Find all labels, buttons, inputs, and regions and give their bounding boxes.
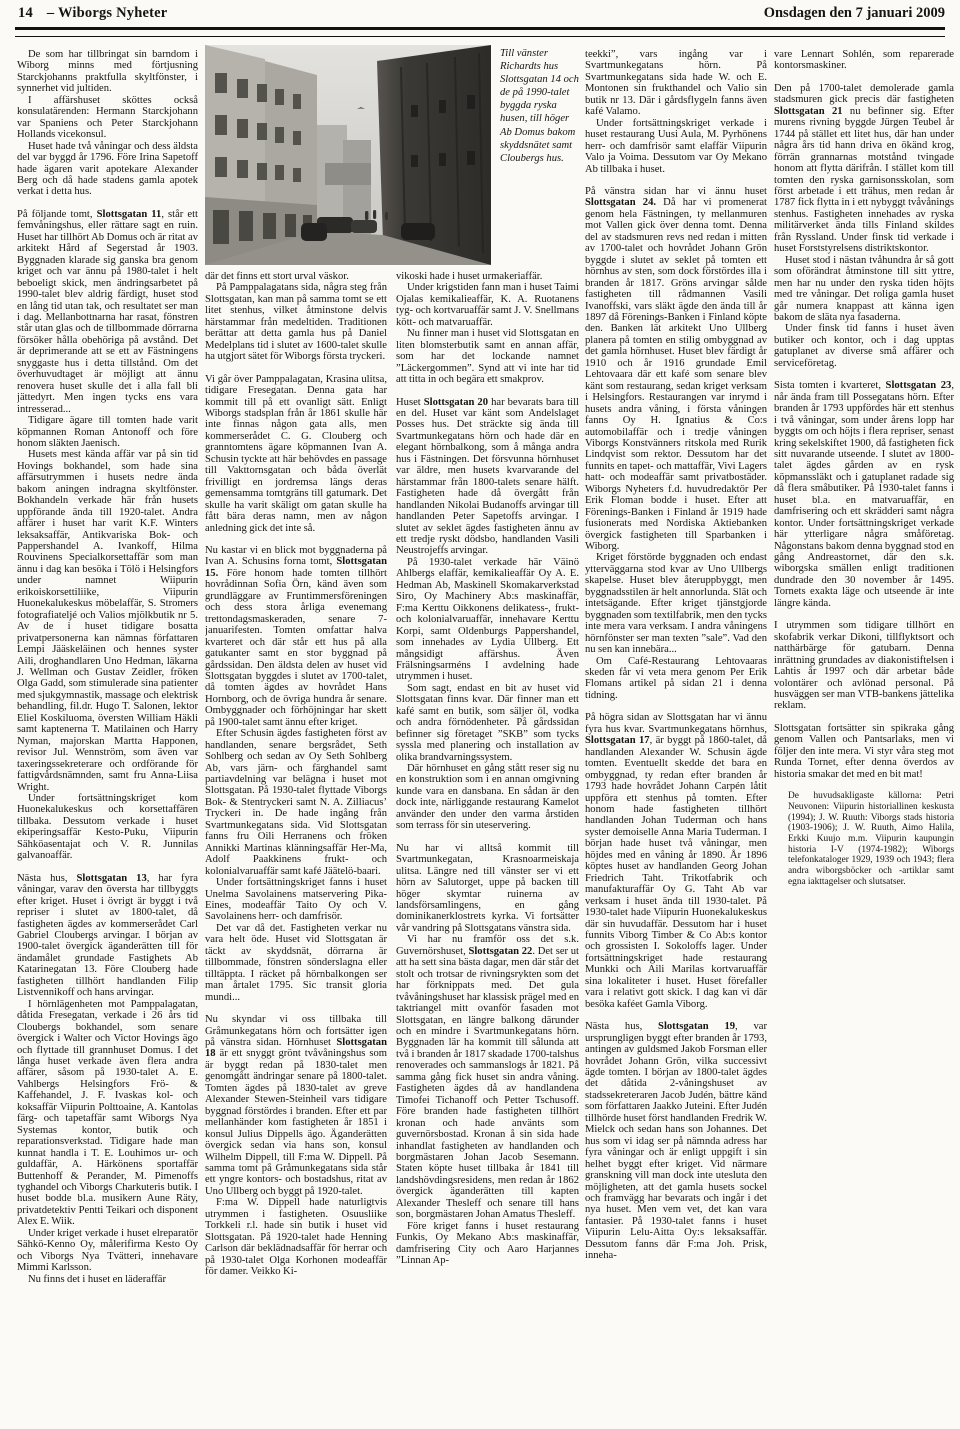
paragraph: Under fortsättningskriget kom Huonekaluk… (17, 793, 198, 862)
paragraph: Den på 1700-talet demolerade gamla stads… (774, 83, 954, 255)
paragraph: där det finns ett stort urval väskor. (205, 271, 387, 282)
newspaper-title: Wiborgs Nyheter (58, 5, 167, 21)
paragraph: Slottsgatan fortsätter sin spikraka gång… (774, 723, 954, 780)
paragraph: teekki”, vars ingång var i Svartmunkegat… (585, 49, 767, 118)
page-number: 14 (18, 5, 33, 21)
paragraph: Kriget förstörde byggnaden och endast yt… (585, 552, 767, 655)
text-column-1: De som har tillbringat sin barndom i Wib… (17, 49, 198, 1427)
masthead-separator: – (47, 5, 54, 21)
text-column-3: vikoski hade i huset urmakeriaffär.Under… (396, 271, 579, 1429)
paragraph: Efter Schusin ägdes fastigheten först av… (205, 728, 387, 877)
paragraph: Vi har nu framför oss det s.k. Guvernörs… (396, 934, 579, 1220)
paragraph: vare Lennart Sohlén, som reparerade kont… (774, 49, 954, 72)
paragraph: Det var då det. Fastigheten verkar nu va… (205, 923, 387, 1003)
photo-caption: Till vänster Richardts hus Slottsgatan 1… (500, 47, 579, 165)
paragraph: Nu skyndar vi oss tillbaka till Gråmunke… (205, 1014, 387, 1197)
paragraph: Före kriget fanns i huset restaurang Fun… (396, 1221, 579, 1267)
paragraph: Huset hade två våningar och dess äldsta … (17, 141, 198, 198)
newspaper-page: { "masthead": { "page_number": "14", "se… (0, 0, 960, 1429)
paragraph: vikoski hade i huset urmakeriaffär. (396, 271, 579, 282)
masthead: 14– Wiborgs Nyheter Onsdagen den 7 janua… (18, 5, 945, 27)
paragraph: Huset Slottsgatan 20 har bevarats bara t… (396, 397, 579, 557)
paragraph: På högra sidan av Slottsgatan har vi änn… (585, 712, 767, 1010)
paragraph: På vänstra sidan har vi ännu huset Slott… (585, 186, 767, 553)
paragraph: I utrymmen som tidigare tillhört en skof… (774, 620, 954, 712)
text-column-2: där det finns ett stort urval väskor.På … (205, 271, 387, 1429)
paragraph: De som har tillbringat sin barndom i Wib… (17, 49, 198, 95)
paragraph: Nästa hus, Slottsgatan 13, har fyra våni… (17, 873, 198, 999)
text-column-4: teekki”, vars ingång var i Svartmunkegat… (585, 49, 767, 1427)
paragraph: På 1930-talet verkade här Väinö Ahlbergs… (396, 557, 579, 683)
street-photo (205, 45, 491, 265)
text-column-5: vare Lennart Sohlén, som reparerade kont… (774, 49, 954, 1427)
paragraph: Husets mest kända affär var på sin tid H… (17, 449, 198, 793)
paragraph: Nästa hus, Slottsgatan 19, var ursprungl… (585, 1021, 767, 1262)
issue-date: Onsdagen den 7 januari 2009 (764, 5, 945, 22)
paragraph: Nu kastar vi en blick mot byggnaderna på… (205, 545, 387, 728)
paragraph: De huvudsakligaste källorna: Petri Neuvo… (774, 791, 954, 887)
masthead-double-rule (15, 27, 945, 37)
paragraph: Vi går över Pamppalagatan, Krasina ulits… (205, 374, 387, 534)
paragraph: På följande tomt, Slottsgatan 11, står e… (17, 209, 198, 415)
paragraph: Om Café-Restaurang Lehtovaaras skeden få… (585, 656, 767, 702)
street-photo-graphic (205, 45, 491, 265)
paragraph: På Pamppalagatans sida, några steg från … (205, 282, 387, 362)
masthead-left: 14– Wiborgs Nyheter (18, 5, 167, 22)
paragraph: Sista tomten i kvarteret, Slottsgatan 23… (774, 380, 954, 609)
paragraph: Under krigstiden fann man i huset Taimi … (396, 282, 579, 328)
paragraph: Där hörnhuset en gång stått reser sig nu… (396, 763, 579, 832)
paragraph: Under kriget verkade i huset elreparatör… (17, 1228, 198, 1274)
paragraph: Nu har vi alltså kommit till Svartmunkeg… (396, 843, 579, 935)
paragraph: I hörnlägenheten mot Pamppalagatan, dåti… (17, 999, 198, 1228)
paragraph: Som sagt, endast en bit av huset vid Slo… (396, 683, 579, 763)
paragraph: I affärshuset sköttes också konsulatären… (17, 95, 198, 141)
paragraph: Tidigare ägare till tomten hade varit kö… (17, 415, 198, 449)
paragraph: Under fortsättningskriget fanns i huset … (205, 877, 387, 923)
paragraph: Under fortsättningskriget verkade i huse… (585, 118, 767, 175)
paragraph: F:ma W. Dippell hade naturligtvis utrymm… (205, 1197, 387, 1277)
paragraph: Huset stod i nästan tvåhundra år så gott… (774, 255, 954, 324)
paragraph: Under finsk tid fanns i huset även butik… (774, 323, 954, 369)
paragraph: Nu finner man i huset vid Slottsgatan en… (396, 328, 579, 385)
paragraph: Nu finns det i huset en läderaffär (17, 1274, 198, 1285)
